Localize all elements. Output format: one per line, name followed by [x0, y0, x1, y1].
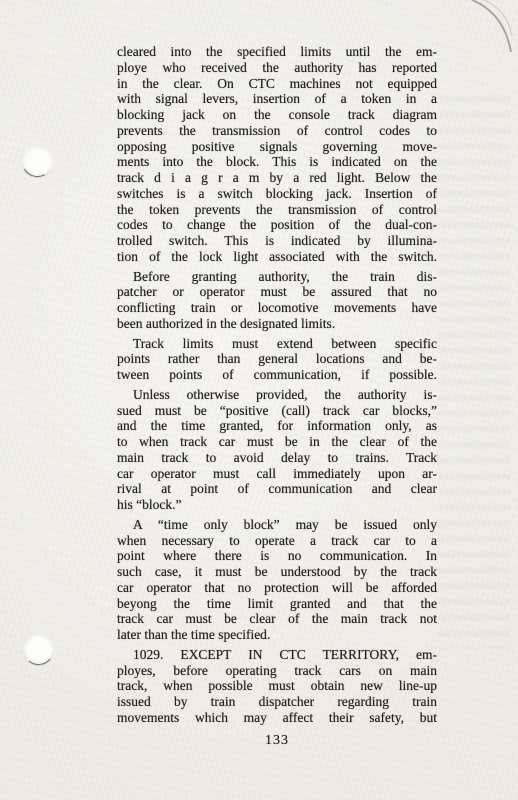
text-line: to when track car must be in the clear o… — [117, 434, 437, 450]
text-line: tween points of communication, if possib… — [117, 367, 437, 383]
text-line: track, when possible must obtain new lin… — [117, 678, 437, 694]
text-line: opposing positive signals governing move… — [117, 139, 437, 155]
text-line: rival at point of communication and clea… — [117, 481, 437, 497]
text-line: in the clear. On CTC machines not equipp… — [117, 76, 437, 92]
hole-punch-top — [22, 146, 53, 177]
text-line: been authorized in the designated limits… — [117, 316, 437, 332]
text-line: point where there is no communication. I… — [117, 548, 437, 564]
text-line: beyong the time limit granted and that t… — [117, 596, 437, 612]
text-line: track d i a g r a m by a red light. Belo… — [117, 170, 437, 186]
text-line: ployes, before operating track cars on m… — [117, 663, 437, 679]
text-line: switches is a switch blocking jack. Inse… — [117, 186, 437, 202]
text-line: patcher or operator must be assured that… — [117, 284, 437, 300]
text-line: with signal levers, insertion of a token… — [117, 91, 437, 107]
text-line: and the time granted, for information on… — [117, 418, 437, 434]
text-line: main track to avoid delay to trains. Tra… — [117, 450, 437, 466]
text-line: issued by train dispatcher regarding tra… — [117, 694, 437, 710]
page-number: 133 — [117, 733, 437, 749]
paragraph: 1029. EXCEPT IN CTC TERRITORY, em-ployes… — [117, 647, 437, 726]
text-line: car operator must call immediately upon … — [117, 466, 437, 482]
text-line: track car must be clear of the main trac… — [117, 611, 437, 627]
text-line: later than the time specified. — [117, 627, 437, 643]
text-line: sued must be “positive (call) track car … — [117, 403, 437, 419]
paragraph: cleared into the specified limits until … — [117, 44, 437, 265]
bleed-through-artifact — [438, 88, 510, 648]
paragraph: Before granting authority, the train dis… — [117, 269, 437, 332]
text-line: ments into the block. This is indicated … — [117, 154, 437, 170]
text-line: his “block.” — [117, 497, 437, 513]
text-line: Unless otherwise provided, the authority… — [117, 387, 437, 403]
text-line: A “time only block” may be issued only — [117, 517, 437, 533]
text-line: trolled switch. This is indicated by ill… — [117, 233, 437, 249]
text-line: conflicting train or locomotive movement… — [117, 300, 437, 316]
text-line: Before granting authority, the train dis… — [117, 269, 437, 285]
text-line: points rather than general locations and… — [117, 351, 437, 367]
text-line: Track limits must extend between specifi… — [117, 336, 437, 352]
text-line: ploye who received the authority has rep… — [117, 60, 437, 76]
text-line: movements which may affect their safety,… — [117, 710, 437, 726]
paragraph: Track limits must extend between specifi… — [117, 336, 437, 383]
text-line: 1029. EXCEPT IN CTC TERRITORY, em- — [117, 647, 437, 663]
text-line: the token prevents the transmission of c… — [117, 202, 437, 218]
text-line: prevents the transmission of control cod… — [117, 123, 437, 139]
hole-punch-bottom — [23, 634, 54, 665]
paragraph: Unless otherwise provided, the authority… — [117, 387, 437, 513]
page-text-block: cleared into the specified limits until … — [117, 44, 437, 726]
text-line: such case, it must be understood by the … — [117, 564, 437, 580]
text-line: blocking jack on the console track diagr… — [117, 107, 437, 123]
text-line: codes to change the position of the dual… — [117, 217, 437, 233]
text-line: car operator that no protection will be … — [117, 580, 437, 596]
paragraph: A “time only block” may be issued onlywh… — [117, 517, 437, 643]
text-line: tion of the lock light associated with t… — [117, 249, 437, 265]
text-line: cleared into the specified limits until … — [117, 44, 437, 60]
text-line: when necessary to operate a track car to… — [117, 533, 437, 549]
book-page: cleared into the specified limits until … — [0, 0, 518, 800]
